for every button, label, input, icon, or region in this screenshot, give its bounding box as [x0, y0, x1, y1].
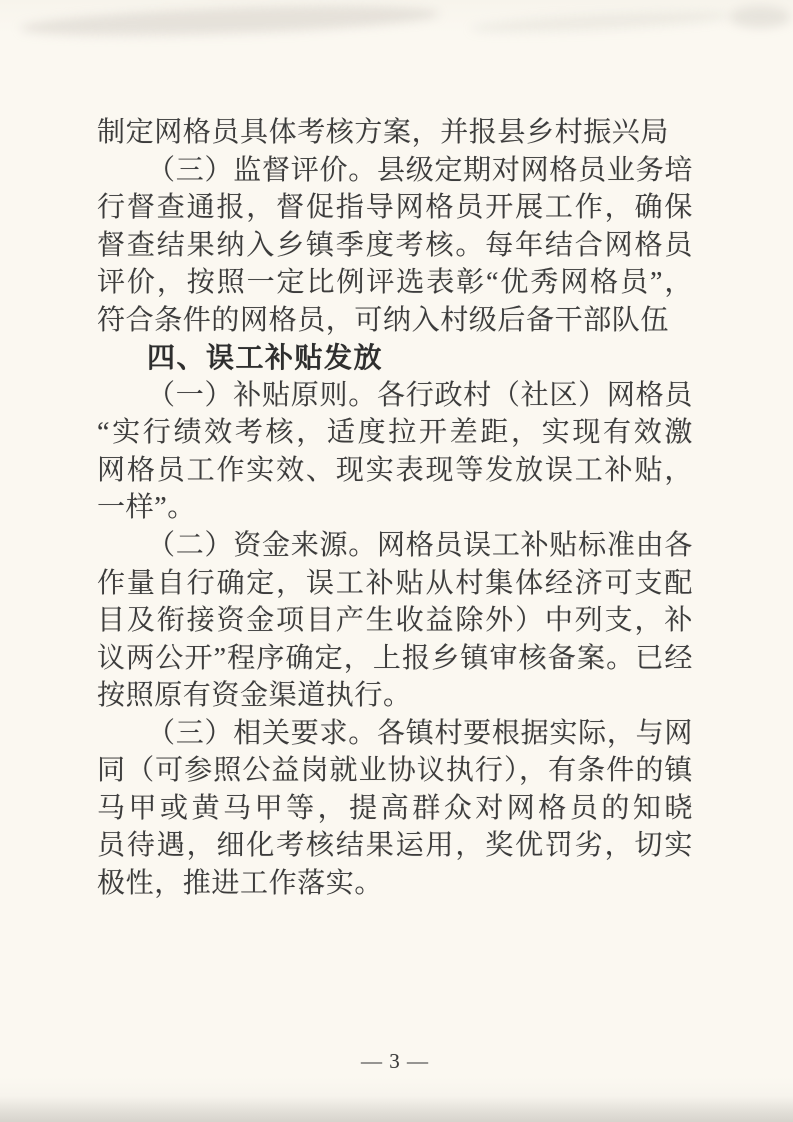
- text-line: 行督查通报，督促指导网格员开展工作，确保网格员发挥作用，: [97, 189, 693, 227]
- text-line: （一）补贴原则。各行政村（社区）网格员的误工补贴按照: [97, 377, 693, 415]
- text-line: 议两公开”程序确定，上报乡镇审核备案。已经享受岗位报酬的，: [97, 640, 693, 678]
- text-line: 网格员工作实效、现实表现等发放误工补贴，做到“干好干坏不: [97, 452, 693, 490]
- document-body: 制定网格员具体考核方案，并报县乡村振兴局备案。 （三）监督评价。县级定期对网格员…: [97, 114, 693, 902]
- page-number: — 3 —: [97, 1046, 693, 1076]
- scan-bottom-shadow: [0, 1096, 793, 1122]
- text-line: 督查结果纳入乡镇季度考核。每年结合网格员的工作成效及综合: [97, 227, 693, 265]
- text-line: 作量自行确定，误工补贴从村集体经济可支配收入（扶贫资产项: [97, 565, 693, 603]
- text-line: 同（可参照公益岗就业协议执行），有条件的镇村可统一配备红: [97, 752, 693, 790]
- text-line: 一样”。: [97, 489, 693, 527]
- text-line: （三）监督评价。县级定期对网格员业务培训和履职情况进: [97, 152, 693, 190]
- scan-artifact: [20, 1, 441, 42]
- text-line: 极性，推进工作落实。: [97, 865, 693, 903]
- document-page: 制定网格员具体考核方案，并报县乡村振兴局备案。 （三）监督评价。县级定期对网格员…: [0, 0, 793, 1122]
- text-line: 评价，按照一定比例评选表彰“优秀网格员”，对工作成效突出、: [97, 264, 693, 302]
- text-line: 目及衔接资金项目产生收益除外）中列支，补贴标准通过村“四: [97, 602, 693, 640]
- text-line: 员待遇，细化考核结果运用，奖优罚劣，切实提升网格员工作积: [97, 827, 693, 865]
- text-line: 制定网格员具体考核方案，并报县乡村振兴局备案。: [97, 114, 693, 152]
- section-heading: 四、误工补贴发放: [97, 339, 693, 377]
- text-line: （三）相关要求。各镇村要根据实际，与网格员签订就业合: [97, 715, 693, 753]
- text-line: “实行绩效考核，适度拉开差距，实现有效激励”的原则，根据: [97, 414, 693, 452]
- scan-artifact: [730, 6, 790, 28]
- text-line: （二）资金来源。网格员误工补贴标准由各乡镇根据实际工: [97, 527, 693, 565]
- scan-artifact: [470, 7, 730, 37]
- text-line: 按照原有资金渠道执行。: [97, 677, 693, 715]
- text-line: 符合条件的网格员，可纳入村级后备干部队伍重点培养。: [97, 302, 693, 340]
- text-line: 马甲或黄马甲等，提高群众对网格员的知晓率。要严格落实网格: [97, 790, 693, 828]
